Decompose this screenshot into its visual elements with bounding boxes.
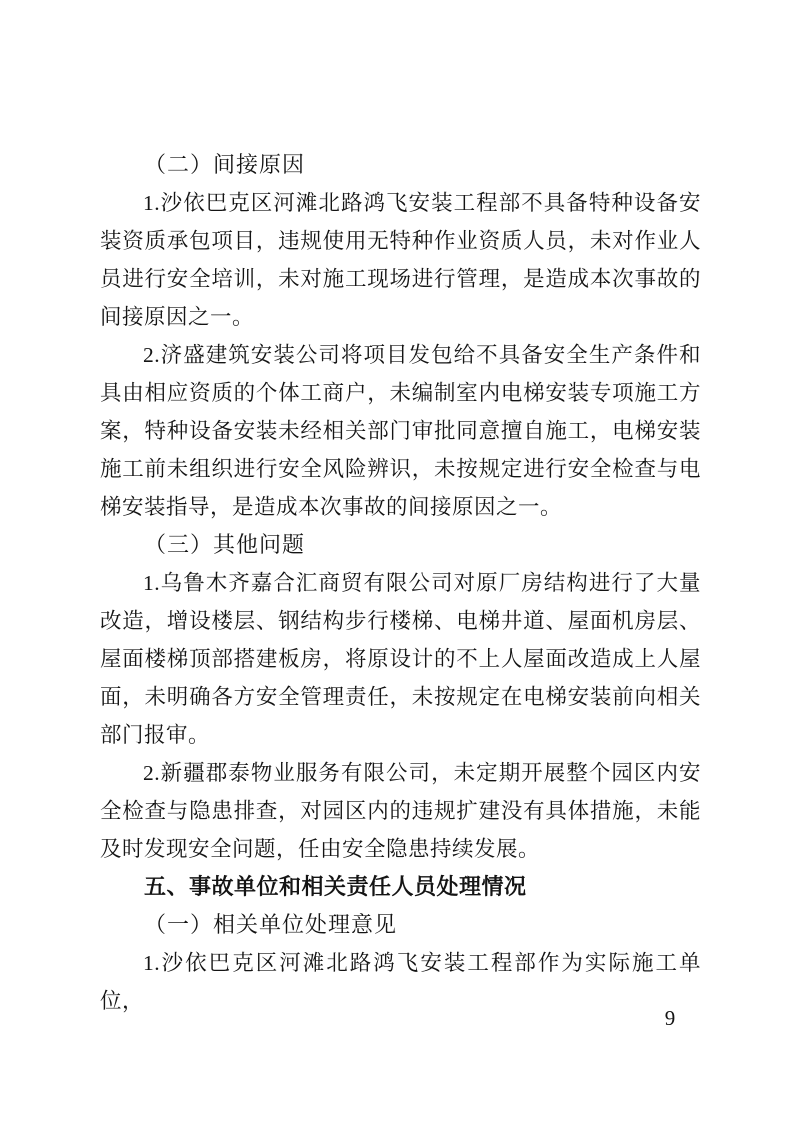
paragraph-unit-handling-1: 1.沙依巴克区河滩北路鸿飞安装工程部作为实际施工单位， <box>100 944 701 1020</box>
subsection-heading-other-problems: （三）其他问题 <box>100 526 701 564</box>
section-heading-handling-of-units: 五、事故单位和相关责任人员处理情况 <box>100 868 701 906</box>
subsection-heading-unit-handling-opinions: （一）相关单位处理意见 <box>100 906 701 944</box>
document-page: （二）间接原因 1.沙依巴克区河滩北路鸿飞安装工程部不具备特种设备安装资质承包项… <box>0 0 793 1122</box>
page-number: 9 <box>650 1006 690 1030</box>
paragraph-indirect-cause-2: 2.济盛建筑安装公司将项目发包给不具备安全生产条件和具由相应资质的个体工商户，未… <box>100 336 701 526</box>
paragraph-other-problem-2: 2.新疆郡泰物业服务有限公司，未定期开展整个园区内安全检查与隐患排查，对园区内的… <box>100 754 701 868</box>
subsection-heading-indirect-causes: （二）间接原因 <box>100 146 701 184</box>
paragraph-indirect-cause-1: 1.沙依巴克区河滩北路鸿飞安装工程部不具备特种设备安装资质承包项目，违规使用无特… <box>100 184 701 336</box>
paragraph-other-problem-1: 1.乌鲁木齐嘉合汇商贸有限公司对原厂房结构进行了大量改造，增设楼层、钢结构步行楼… <box>100 564 701 754</box>
document-body: （二）间接原因 1.沙依巴克区河滩北路鸿飞安装工程部不具备特种设备安装资质承包项… <box>100 146 701 1020</box>
